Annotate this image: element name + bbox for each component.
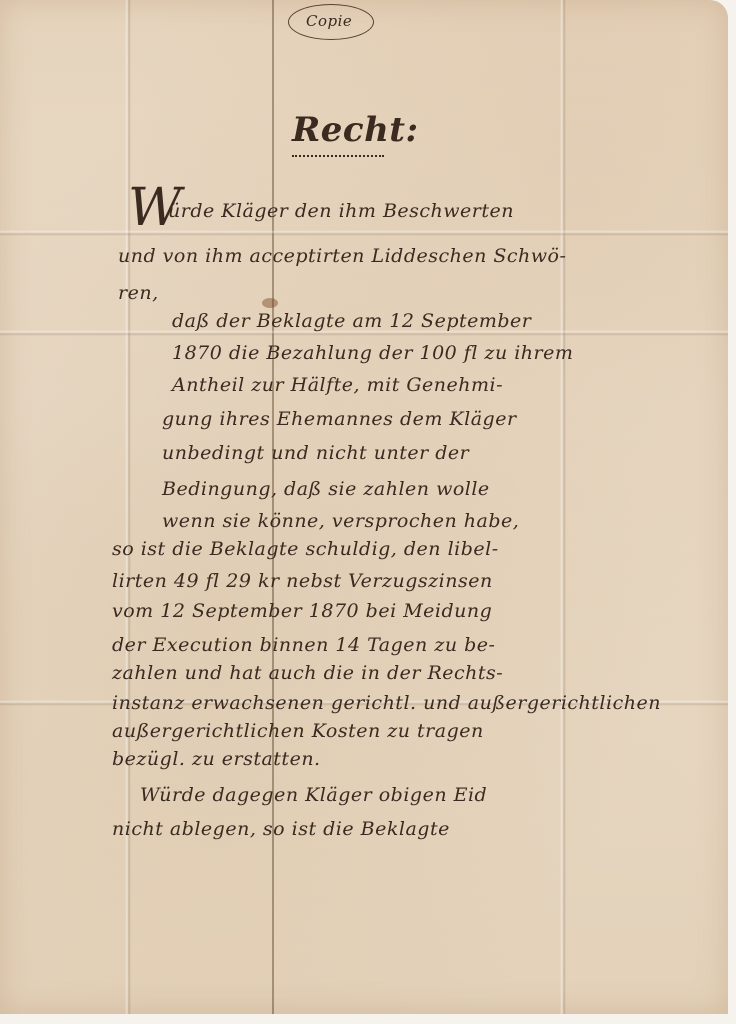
letter-page: Copie Recht: W ürde Kläger den ihm Besch… [0, 0, 728, 1014]
text-line: 1870 die Bezahlung der 100 fl zu ihrem [172, 342, 573, 364]
ink-stain [262, 298, 278, 308]
text-line: vom 12 September 1870 bei Meidung [112, 600, 492, 622]
fold-crease [560, 0, 566, 1014]
text-line: wenn sie könne, versprochen habe, [162, 510, 519, 532]
text-line: gung ihres Ehemannes dem Kläger [162, 408, 517, 430]
copy-stamp: Copie [288, 4, 378, 44]
text-line: so ist die Beklagte schuldig, den libel- [112, 538, 499, 560]
fold-crease [0, 230, 728, 236]
copy-label: Copie [306, 12, 352, 30]
text-line: lirten 49 fl 29 kr nebst Verzugszinsen [112, 570, 493, 592]
text-line: daß der Beklagte am 12 September [172, 310, 531, 332]
text-line: außergerichtlichen Kosten zu tragen [112, 720, 484, 742]
fold-crease [125, 0, 131, 1014]
text-line: unbedingt und nicht unter der [162, 442, 469, 464]
text-line: Würde dagegen Kläger obigen Eid [140, 784, 487, 806]
fold-crease-dark [272, 0, 274, 1014]
letter-title: Recht: [292, 110, 419, 150]
text-line: instanz erwachsenen gerichtl. und außerg… [112, 692, 661, 714]
text-line: Bedingung, daß sie zahlen wolle [162, 478, 490, 500]
text-line: und von ihm acceptirten Liddeschen Schwö… [118, 245, 566, 267]
text-line: ren, [118, 282, 159, 304]
text-line: zahlen und hat auch die in der Rechts- [112, 662, 503, 684]
text-line: bezügl. zu erstatten. [112, 748, 321, 770]
text-line: nicht ablegen, so ist die Beklagte [112, 818, 450, 840]
text-line: ürde Kläger den ihm Beschwerten [168, 200, 514, 222]
title-underline [292, 152, 384, 157]
text-line: der Execution binnen 14 Tagen zu be- [112, 634, 495, 656]
text-line: Antheil zur Hälfte, mit Genehmi- [172, 374, 503, 396]
